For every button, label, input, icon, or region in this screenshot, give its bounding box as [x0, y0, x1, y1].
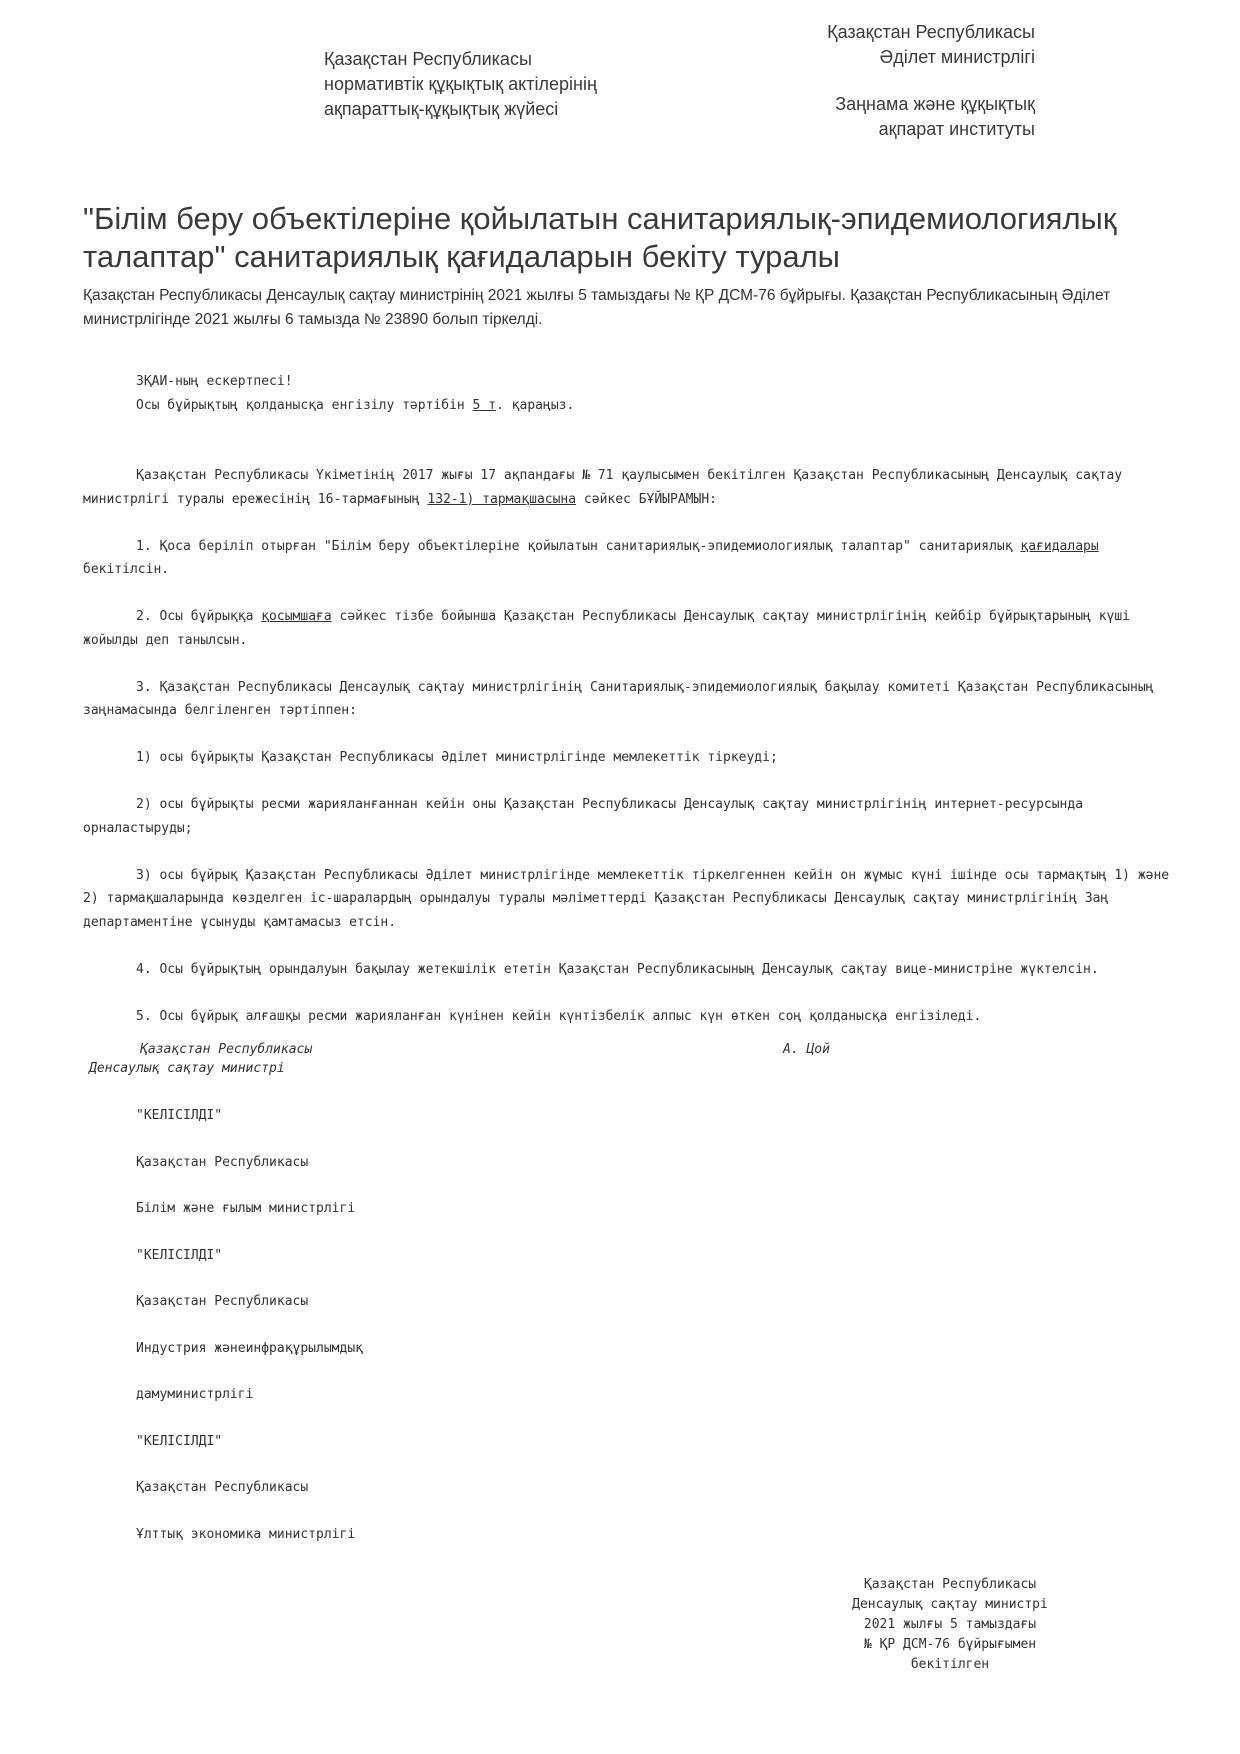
- header-right-line: Заңнама және құқықтық: [827, 92, 1035, 117]
- header-right-line: Қазақстан Республикасы: [827, 20, 1035, 45]
- item-4: 4. Осы бұйрықтың орындалуын бақылау жете…: [83, 958, 1173, 982]
- document-title: "Білім беру объектілеріне қойылатын сани…: [83, 200, 1163, 276]
- signature-position-line2: Денсаулық сақтау министрі: [83, 1059, 1173, 1078]
- agreed-line: Қазақстан Республикасы: [136, 1478, 363, 1525]
- item-5: 5. Осы бұйрық алғашқы ресми жарияланған …: [83, 1005, 1173, 1029]
- agreed-block: "КЕЛІСІЛДІ" Қазақстан Республикасы Білім…: [136, 1106, 363, 1571]
- document-subtitle: Қазақстан Республикасы Денсаулық сақтау …: [83, 284, 1163, 332]
- agreed-line: Білім және ғылым министрлігі: [136, 1199, 363, 1246]
- header-left-line: Қазақстан Республикасы: [324, 47, 597, 72]
- item-3-3: 3) осы бұйрық Қазақстан Республикасы Әді…: [83, 864, 1173, 935]
- agreed-line: дамуминистрлігі: [136, 1385, 363, 1432]
- item-3: 3. Қазақстан Республикасы Денсаулық сақт…: [83, 676, 1173, 723]
- document-body: ЗҚАИ-ның ескертпесі! Осы бұйрықтың қолда…: [83, 370, 1173, 1028]
- agreed-line: "КЕЛІСІЛДІ": [136, 1246, 363, 1293]
- agreed-line: "КЕЛІСІЛДІ": [136, 1106, 363, 1153]
- preamble: Қазақстан Республикасы Үкіметінің 2017 ж…: [83, 464, 1173, 511]
- header-left-line: нормативтік құқықтық актілерінің: [324, 72, 597, 97]
- item-2: 2. Осы бұйрыққа қосымшаға сәйкес тізбе б…: [83, 605, 1173, 652]
- signature-position-line1: Қазақстан Республикасы: [83, 1040, 1173, 1059]
- approved-line: Денсаулық сақтау министрі: [820, 1595, 1080, 1615]
- approved-line: Қазақстан Республикасы: [820, 1575, 1080, 1595]
- item-1-link[interactable]: қағидалары: [1020, 539, 1098, 554]
- agreed-line: Қазақстан Республикасы: [136, 1292, 363, 1339]
- note-heading: ЗҚАИ-ның ескертпесі!: [83, 370, 1173, 394]
- item-2-link[interactable]: қосымшаға: [261, 609, 331, 624]
- header-right-block: Қазақстан Республикасы Әділет министрліг…: [827, 20, 1035, 142]
- signature-name: А. Цой: [783, 1040, 830, 1059]
- item-3-1: 1) осы бұйрықты Қазақстан Республикасы Ә…: [83, 746, 1173, 770]
- agreed-line: Ұлттық экономика министрлігі: [136, 1525, 363, 1572]
- header-left-line: ақпараттық-құқықтық жүйесі: [324, 97, 597, 122]
- header-right-line: Әділет министрлігі: [827, 45, 1035, 70]
- item-1: 1. Қоса беріліп отырған "Білім беру объе…: [83, 535, 1173, 582]
- note-link[interactable]: 5 т: [473, 398, 496, 413]
- item-3-2: 2) осы бұйрықты ресми жарияланғаннан кей…: [83, 793, 1173, 840]
- approved-line: бекітілген: [820, 1655, 1080, 1675]
- agreed-line: Қазақстан Республикасы: [136, 1153, 363, 1200]
- approved-by-block: Қазақстан Республикасы Денсаулық сақтау …: [820, 1575, 1080, 1675]
- header-right-line: ақпарат институты: [827, 117, 1035, 142]
- approved-line: 2021 жылғы 5 тамыздағы: [820, 1615, 1080, 1635]
- signature-block: Қазақстан Республикасы Денсаулық сақтау …: [83, 1040, 1173, 1078]
- agreed-line: Индустрия жәнеинфрақұрылымдық: [136, 1339, 363, 1386]
- preamble-link[interactable]: 132-1) тармақшасына: [427, 492, 576, 507]
- header-left-block: Қазақстан Республикасы нормативтік құқық…: [324, 47, 597, 122]
- agreed-line: "КЕЛІСІЛДІ": [136, 1432, 363, 1479]
- note-text: Осы бұйрықтың қолданысқа енгізілу тәртіб…: [83, 394, 1173, 418]
- approved-line: № ҚР ДСМ-76 бұйрығымен: [820, 1635, 1080, 1655]
